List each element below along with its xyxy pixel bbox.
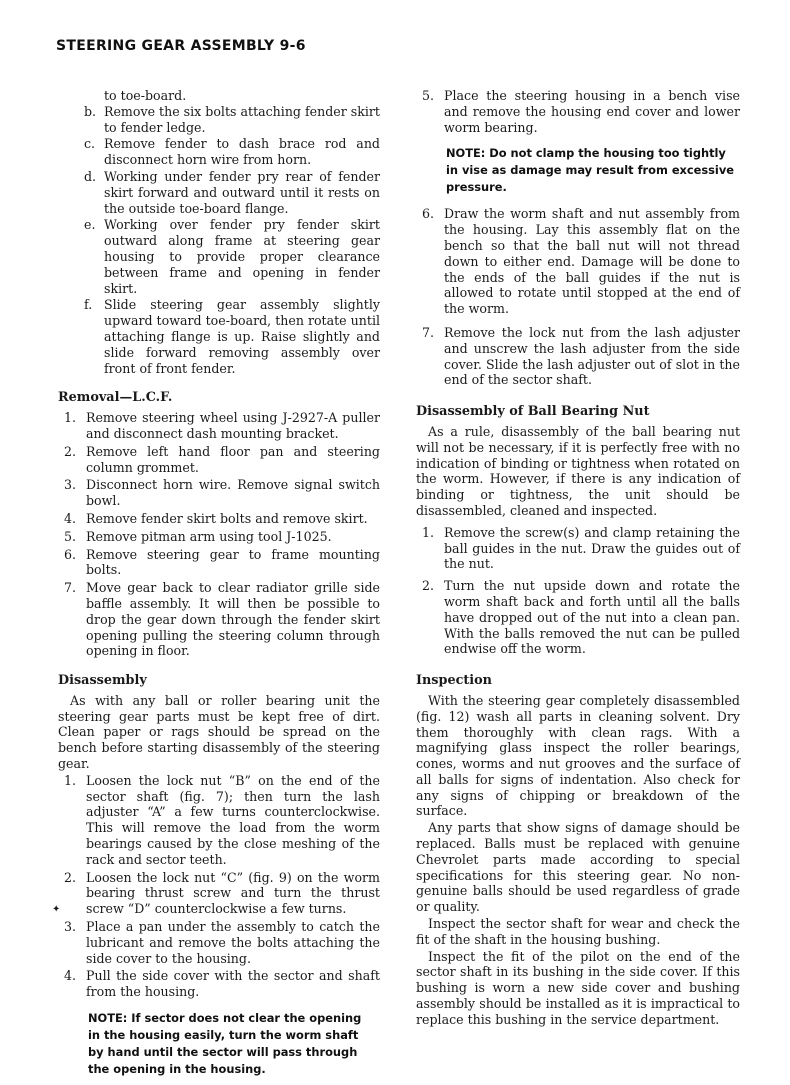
step-marker: 2. bbox=[64, 444, 76, 460]
removal-step-1: 1. Remove steering wheel using J-2927-A … bbox=[58, 410, 380, 442]
step-text: Remove left hand floor pan and steering … bbox=[86, 444, 380, 475]
disassembly-intro: As with any ball or roller bearing unit … bbox=[58, 693, 380, 772]
removal-step-7: 7. Move gear back to clear radiator gril… bbox=[58, 580, 380, 659]
note-vise-clamp: NOTE: Do not clamp the housing too tight… bbox=[446, 145, 736, 196]
step-text: Place the steering housing in a bench vi… bbox=[444, 88, 740, 135]
page-header: STEERING GEAR ASSEMBLY 9-6 bbox=[56, 38, 306, 54]
step-marker: 7. bbox=[422, 325, 434, 341]
inspection-paragraph: Inspect the fit of the pilot on the end … bbox=[416, 949, 740, 1028]
sub-step-e: e. Working over fender pry fender skirt … bbox=[58, 217, 380, 296]
step-marker: 4. bbox=[64, 511, 76, 527]
step-text: Remove pitman arm using tool J-1025. bbox=[86, 529, 332, 544]
step-text: Remove steering wheel using J-2927-A pul… bbox=[86, 410, 380, 441]
step-marker: 6. bbox=[422, 206, 434, 222]
step-marker: 1. bbox=[422, 525, 434, 541]
step-marker: 5. bbox=[64, 529, 76, 545]
step-marker: 5. bbox=[422, 88, 434, 104]
step-marker: e. bbox=[84, 217, 95, 233]
step-marker: 1. bbox=[64, 773, 76, 789]
section-heading-disassembly: Disassembly bbox=[58, 673, 380, 689]
step-text: Remove fender to dash brace rod and disc… bbox=[104, 136, 380, 167]
step-marker: 6. bbox=[64, 547, 76, 563]
sub-step-b: b. Remove the six bolts attaching fender… bbox=[58, 104, 380, 136]
sub-step-c: c. Remove fender to dash brace rod and d… bbox=[58, 136, 380, 168]
step-marker: 7. bbox=[64, 580, 76, 596]
step-marker: 2. bbox=[422, 578, 434, 594]
disassembly-step-1: 1. Loosen the lock nut “B” on the end of… bbox=[58, 773, 380, 868]
step-marker: c. bbox=[84, 136, 95, 152]
section-heading-inspection: Inspection bbox=[416, 673, 740, 689]
step-text: Working under fender pry rear of fender … bbox=[104, 169, 380, 216]
disassembly-step-3: 3. Place a pan under the assembly to cat… bbox=[58, 919, 380, 966]
inspection-paragraph: With the steering gear completely disass… bbox=[416, 693, 740, 819]
step-text: Turn the nut upside down and rotate the … bbox=[444, 578, 740, 656]
removal-step-4: 4. Remove fender skirt bolts and remove … bbox=[58, 511, 380, 527]
section-heading-removal-lcf: Removal—L.C.F. bbox=[58, 390, 380, 406]
disassembly-step-7: 7. Remove the lock nut from the lash adj… bbox=[416, 325, 740, 388]
inspection-paragraph: Any parts that show signs of damage shou… bbox=[416, 820, 740, 915]
section-heading-ball-nut: Disassembly of Ball Bearing Nut bbox=[416, 404, 740, 420]
disassembly-step-5: 5. Place the steering housing in a bench… bbox=[416, 88, 740, 135]
step-marker: 3. bbox=[64, 919, 76, 935]
ball-nut-intro: As a rule, disassembly of the ball beari… bbox=[416, 424, 740, 519]
ball-nut-step-1: 1. Remove the screw(s) and clamp retaini… bbox=[416, 525, 740, 572]
removal-step-3: 3. Disconnect horn wire. Remove signal s… bbox=[58, 477, 380, 509]
continuation-text: to toe-board. bbox=[58, 88, 380, 104]
step-text: Remove the screw(s) and clamp retaining … bbox=[444, 525, 740, 572]
right-column: 5. Place the steering housing in a bench… bbox=[416, 88, 740, 1029]
step-marker: 3. bbox=[64, 477, 76, 493]
step-text: Disconnect horn wire. Remove signal swit… bbox=[86, 477, 380, 508]
step-text: Draw the worm shaft and nut assembly fro… bbox=[444, 206, 740, 316]
ball-nut-step-2: 2. Turn the nut upside down and rotate t… bbox=[416, 578, 740, 657]
disassembly-step-6: 6. Draw the worm shaft and nut assembly … bbox=[416, 206, 740, 317]
step-marker: 1. bbox=[64, 410, 76, 426]
step-text: Working over fender pry fender skirt out… bbox=[104, 217, 380, 295]
note-sector-clearance: NOTE: If sector does not clear the openi… bbox=[88, 1010, 376, 1078]
step-marker: 2. bbox=[64, 870, 76, 886]
step-text: Remove steering gear to frame mounting b… bbox=[86, 547, 380, 578]
revision-mark-icon: ✦ bbox=[52, 902, 60, 918]
left-column: to toe-board. b. Remove the six bolts at… bbox=[58, 88, 380, 1085]
step-text: Remove the lock nut from the lash adjust… bbox=[444, 325, 740, 387]
removal-step-5: 5. Remove pitman arm using tool J-1025. bbox=[58, 529, 380, 545]
step-text: Move gear back to clear radiator grille … bbox=[86, 580, 380, 658]
step-text: Loosen the lock nut “C” (fig. 9) on the … bbox=[86, 870, 380, 917]
step-marker: f. bbox=[84, 297, 92, 313]
step-text: Slide steering gear assembly slightly up… bbox=[104, 297, 380, 375]
step-marker: b. bbox=[84, 104, 96, 120]
step-text: Remove fender skirt bolts and remove ski… bbox=[86, 511, 368, 526]
step-text: Loosen the lock nut “B” on the end of th… bbox=[86, 773, 380, 867]
step-text: Pull the side cover with the sector and … bbox=[86, 968, 380, 999]
sub-step-d: d. Working under fender pry rear of fend… bbox=[58, 169, 380, 216]
step-text: Remove the six bolts attaching fender sk… bbox=[104, 104, 380, 135]
step-marker: d. bbox=[84, 169, 96, 185]
removal-step-2: 2. Remove left hand floor pan and steeri… bbox=[58, 444, 380, 476]
inspection-paragraph: Inspect the sector shaft for wear and ch… bbox=[416, 916, 740, 948]
step-marker: 4. bbox=[64, 968, 76, 984]
disassembly-step-4: 4. Pull the side cover with the sector a… bbox=[58, 968, 380, 1000]
sub-step-f: f. Slide steering gear assembly slightly… bbox=[58, 297, 380, 376]
removal-step-6: 6. Remove steering gear to frame mountin… bbox=[58, 547, 380, 579]
disassembly-step-2: 2. Loosen the lock nut “C” (fig. 9) on t… bbox=[58, 870, 380, 917]
step-text: Place a pan under the assembly to catch … bbox=[86, 919, 380, 966]
